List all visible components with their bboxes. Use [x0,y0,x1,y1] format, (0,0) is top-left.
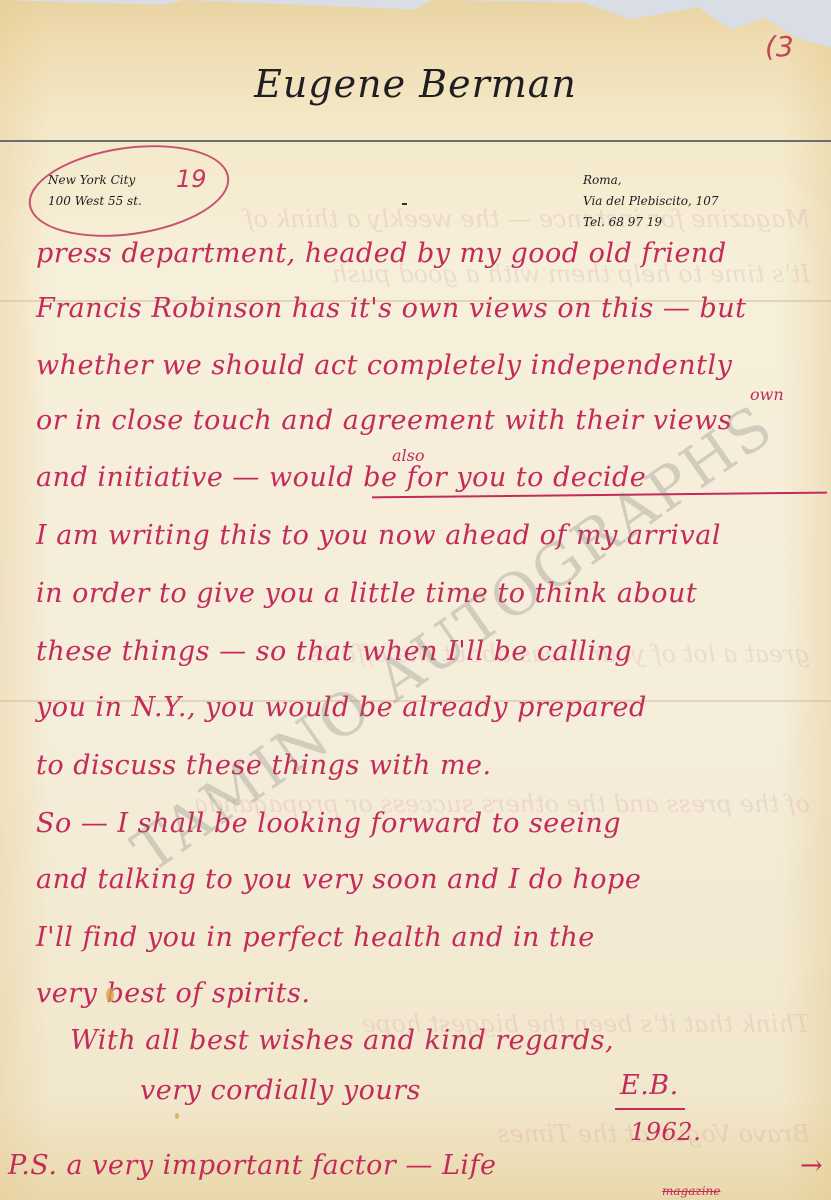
rome-address: Roma, Via del Plebiscito, 107 Tel. 68 97… [583,170,719,233]
postscript-struck-word: magazine [662,1184,720,1198]
body-line: Francis Robinson has it's own views on t… [36,293,826,324]
body-line: in order to give you a little time to th… [36,578,826,609]
rome-address-line2: Via del Plebiscito, 107 [583,191,719,212]
letterhead-name: Eugene Berman [0,62,831,106]
paper-stain [175,1113,179,1119]
closing-line: With all best wishes and kind regards, [70,1025,831,1056]
rome-address-line3: Tel. 68 97 19 [583,212,719,233]
closing-line: very cordially yours [140,1075,560,1106]
handwritten-zone-number: 19 [176,165,207,193]
body-line: whether we should act completely indepen… [36,350,826,381]
body-line: you in N.Y., you would be already prepar… [36,692,826,723]
continue-arrow: → [800,1150,830,1181]
new-york-address: New York City 100 West 55 st. [48,170,142,212]
body-line: I am writing this to you now ahead of my… [36,520,826,551]
new-york-address-line2: 100 West 55 st. [48,191,142,212]
letter-year: 1962. [630,1118,750,1146]
body-line: very best of spirits. [36,978,826,1009]
new-york-address-line1: New York City [48,170,142,191]
postscript-line: P.S. a very important factor — Life [8,1150,768,1181]
signature-underline [615,1108,685,1110]
page-number: (3 [765,30,794,63]
paper-stain [106,988,114,1002]
body-line: to discuss these things with me. [36,750,826,781]
signature-initials: E.B. [620,1070,720,1101]
letterhead-dot [402,203,407,205]
body-line: I'll find you in perfect health and in t… [36,922,826,953]
body-line: press department, headed by my good old … [36,238,826,269]
letterhead-rule [0,140,831,142]
letter-sheet: Magazine for instance — the weekly a thi… [0,0,831,1200]
rome-address-line1: Roma, [583,170,719,191]
